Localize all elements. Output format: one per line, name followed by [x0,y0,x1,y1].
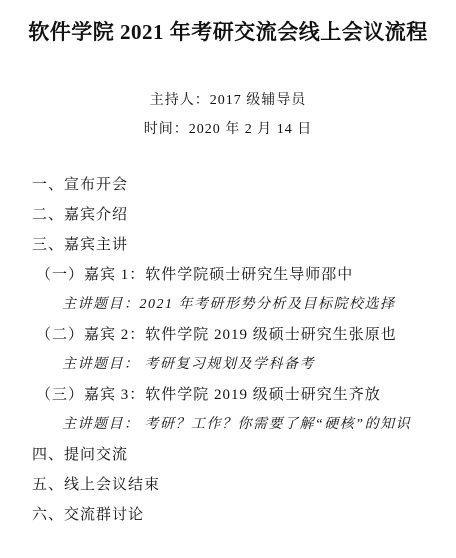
agenda-topic-2: 主讲题目： 考研复习规划及学科备考 [0,350,456,380]
agenda-item-5: 五、线上会议结束 [0,470,456,500]
time-line: 时间：2020 年 2 月 14 日 [0,115,456,144]
meta-block: 主持人：2017 级辅导员 时间：2020 年 2 月 14 日 [0,86,456,144]
agenda-item-4: 四、提问交流 [0,440,456,470]
agenda-item-1: 一、宣布开会 [0,170,456,200]
agenda-topic-3: 主讲题目： 考研？工作？你需要了解“硬核”的知识 [0,410,456,440]
agenda-list: 一、宣布开会 二、嘉宾介绍 三、嘉宾主讲 （一）嘉宾 1：软件学院硕士研究生导师… [0,170,456,530]
host-line: 主持人：2017 级辅导员 [0,86,456,115]
agenda-item-6: 六、交流群讨论 [0,500,456,530]
agenda-item-2: 二、嘉宾介绍 [0,200,456,230]
agenda-topic-1: 主讲题目：2021 年考研形势分析及目标院校选择 [0,290,456,320]
document-title: 软件学院 2021 年考研交流会线上会议流程 [0,0,456,47]
agenda-item-3: 三、嘉宾主讲 [0,230,456,260]
agenda-guest-1: （一）嘉宾 1：软件学院硕士研究生导师邵中 [0,260,456,290]
agenda-guest-2: （二）嘉宾 2：软件学院 2019 级硕士研究生张原也 [0,320,456,350]
document-page: 软件学院 2021 年考研交流会线上会议流程 主持人：2017 级辅导员 时间：… [0,0,456,558]
agenda-guest-3: （三）嘉宾 3：软件学院 2019 级硕士研究生齐放 [0,380,456,410]
